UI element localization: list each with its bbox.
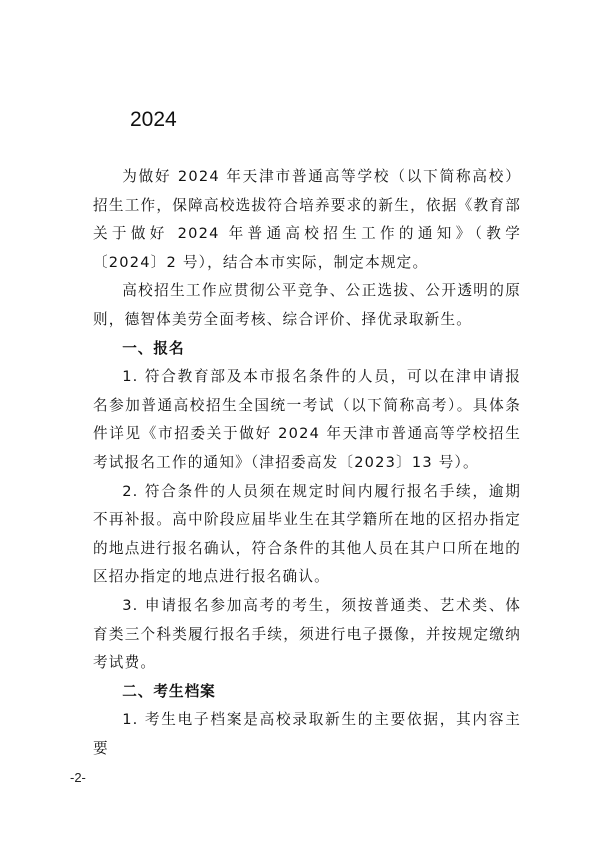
paragraph-intro: 为做好 2024 年天津市普通高等学校（以下简称高校）招生工作，保障高校选拔符合… <box>93 163 521 277</box>
section-heading-student-files: 二、考生档案 <box>93 678 521 707</box>
section-heading-registration: 一、报名 <box>93 335 521 364</box>
paragraph-principle: 高校招生工作应贯彻公平竞争、公正选拔、公开透明的原则，德智体美劳全面考核、综合评… <box>93 277 521 334</box>
page-number: -2- <box>70 770 86 785</box>
paragraph-student-files-1: 1. 考生电子档案是高校录取新生的主要依据，其内容主要 <box>93 706 521 763</box>
paragraph-registration-3: 3. 申请报名参加高考的考生，须按普通类、艺术类、体育类三个科类履行报名手续，须… <box>93 592 521 678</box>
document-body: 为做好 2024 年天津市普通高等学校（以下简称高校）招生工作，保障高校选拔符合… <box>93 163 521 763</box>
paragraph-registration-2: 2. 符合条件的人员须在规定时间内履行报名手续，逾期不再补报。高中阶段应届毕业生… <box>93 478 521 592</box>
document-title: 2024 <box>130 107 177 133</box>
paragraph-registration-1: 1. 符合教育部及本市报名条件的人员，可以在津申请报名参加普通高校招生全国统一考… <box>93 363 521 477</box>
